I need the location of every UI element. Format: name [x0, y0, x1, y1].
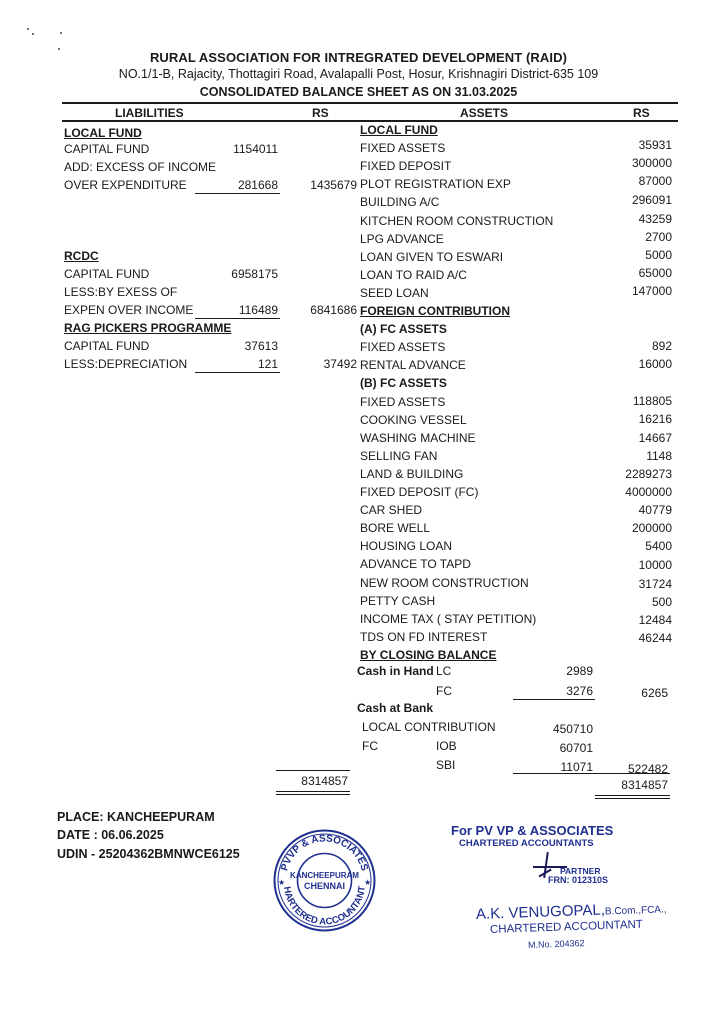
assets-row-amount: 2700: [595, 228, 672, 246]
assets-row-amount: 65000: [595, 264, 672, 282]
sbi-label: SBI: [436, 756, 455, 774]
assets-group-heading: (A) FC ASSETS: [360, 320, 447, 338]
assets-row-amount: 296091: [595, 191, 672, 209]
star-icon: ★: [364, 878, 371, 887]
assets-row-label: HOUSING LOAN: [360, 537, 452, 555]
liabilities-row-total: 6841686: [282, 301, 357, 319]
liabilities-row-label: OVER EXPENDITURE: [64, 176, 187, 194]
organization-name: RURAL ASSOCIATION FOR INTREGRATED DEVELO…: [0, 50, 717, 65]
iob-amount: 60701: [520, 739, 593, 757]
liabilities-row-subamount: 1154011: [195, 140, 278, 158]
assets-row-amount: 12484: [595, 611, 672, 629]
assets-row-label: WASHING MACHINE: [360, 429, 476, 447]
seal-inner-line2: CHENNAI: [304, 881, 345, 891]
liabilities-row-label: CAPITAL FUND: [64, 337, 149, 355]
assets-row-label: SELLING FAN: [360, 447, 437, 465]
subtotal-rule: [513, 699, 595, 700]
assets-row-label: PETTY CASH: [360, 592, 435, 610]
liabilities-row-label: EXPEN OVER INCOME: [64, 301, 193, 319]
assets-row-amount: 31724: [595, 575, 672, 593]
assets-row-label: RENTAL ADVANCE: [360, 356, 466, 374]
assets-row-amount: 1148: [595, 447, 672, 465]
firm-name: For PV VP & ASSOCIATES: [451, 823, 613, 838]
star-icon: ★: [278, 878, 285, 887]
assets-row-amount: 40779: [595, 501, 672, 519]
liabilities-group-heading: RAG PICKERS PROGRAMME: [64, 319, 231, 337]
assets-row-label: LOAN GIVEN TO ESWARI: [360, 248, 503, 266]
assets-group-heading: (B) FC ASSETS: [360, 374, 447, 392]
firm-subtitle: CHARTERED ACCOUNTANTS: [459, 838, 594, 849]
assets-total: 8314857: [595, 776, 668, 794]
assets-row-amount: 16216: [595, 410, 672, 428]
total-double-rule: [595, 795, 670, 796]
liabilities-row-label: CAPITAL FUND: [64, 265, 149, 283]
liabilities-row-subamount: 121: [195, 355, 278, 373]
assets-row-label: FIXED DEPOSIT (FC): [360, 483, 478, 501]
fc-bank-label: FC: [362, 737, 378, 755]
cash-in-hand-fc-label: FC: [436, 682, 452, 700]
cash-in-hand-lc-label: LC: [436, 662, 451, 680]
assets-row-label: BUILDING A/C: [360, 193, 439, 211]
assets-row-label: FIXED ASSETS: [360, 393, 445, 411]
column-header-assets: ASSETS: [460, 106, 508, 120]
cash-in-hand-lc-amount: 2989: [520, 662, 593, 680]
assets-row-label: LAND & BUILDING: [360, 465, 463, 483]
assets-row-amount: 5400: [595, 537, 672, 555]
assets-row-label: KITCHEN ROOM CONSTRUCTION: [360, 212, 553, 230]
liabilities-total: 8314857: [276, 772, 348, 790]
assets-row-label: FIXED ASSETS: [360, 139, 445, 157]
column-header-rs-left: RS: [312, 106, 329, 120]
liabilities-row-label: CAPITAL FUND: [64, 140, 149, 158]
ca-seal-stamp: PVVP & ASSOCIATES CHARTERED ACCOUNTANTS …: [272, 828, 377, 933]
assets-row-amount: 892: [595, 337, 672, 355]
assets-row-amount: 35931: [595, 136, 672, 154]
assets-row-amount: 2289273: [595, 465, 672, 483]
liabilities-row-subamount: 6958175: [195, 265, 278, 283]
assets-row-label: ADVANCE TO TAPD: [360, 555, 471, 573]
total-double-rule: [276, 794, 350, 795]
assets-row-amount: 87000: [595, 172, 672, 190]
assets-row-label: PLOT REGISTRATION EXP: [360, 175, 511, 193]
assets-row-amount: 500: [595, 593, 672, 611]
assets-row-label: FIXED ASSETS: [360, 338, 445, 356]
accountant-qualifications: B.Com.,FCA.,: [605, 904, 667, 917]
assets-row-amount: 14667: [595, 429, 672, 447]
assets-row-amount: 46244: [595, 629, 672, 647]
date: DATE : 06.06.2025: [57, 828, 164, 842]
frn-number: FRN: 012310S: [548, 875, 608, 885]
liabilities-row-total: 37492: [282, 355, 357, 373]
assets-row-label: COOKING VESSEL: [360, 411, 467, 429]
assets-row-amount: 200000: [595, 519, 672, 537]
liabilities-row-label: LESS:DEPRECIATION: [64, 355, 187, 373]
liabilities-row-subamount: 281668: [195, 176, 278, 194]
assets-row-label: FIXED DEPOSIT: [360, 157, 451, 175]
liabilities-row-total: 1435679: [282, 176, 357, 194]
cash-at-bank-label: Cash at Bank: [357, 699, 433, 717]
assets-row-amount: 300000: [595, 154, 672, 172]
assets-row-label: TDS ON FD INTEREST: [360, 628, 487, 646]
assets-row-label: NEW ROOM CONSTRUCTION: [360, 574, 529, 592]
subtotal-rule: [195, 372, 280, 373]
local-contribution-label: LOCAL CONTRIBUTION: [362, 718, 496, 736]
assets-row-amount: 43259: [595, 210, 672, 228]
iob-label: IOB: [436, 737, 457, 755]
organization-address: NO.1/1-B, Rajacity, Thottagiri Road, Ava…: [0, 67, 717, 81]
column-header-rs-right: RS: [633, 106, 650, 120]
scan-mark: [32, 33, 34, 35]
liabilities-row-label: LESS:BY EXESS OF: [64, 283, 177, 301]
liabilities-group-heading: RCDC: [64, 247, 99, 265]
total-top-rule: [276, 770, 350, 771]
udin: UDIN - 25204362BMNWCE6125: [57, 847, 240, 861]
local-contribution-amount: 450710: [520, 720, 593, 738]
seal-inner-line1: KANCHEEPURAM: [290, 871, 359, 880]
assets-row-amount: 5000: [595, 246, 672, 264]
assets-row-label: SEED LOAN: [360, 284, 429, 302]
assets-row-label: BORE WELL: [360, 519, 430, 537]
assets-group-heading: FOREIGN CONTRIBUTION: [360, 302, 510, 320]
liabilities-row-subamount: 37613: [195, 337, 278, 355]
cash-in-hand-label: Cash in Hand: [357, 662, 434, 680]
table-top-rule: [62, 102, 678, 104]
document-title: CONSOLIDATED BALANCE SHEET AS ON 31.03.2…: [0, 85, 717, 99]
total-double-rule: [276, 791, 350, 792]
cash-in-hand-total: 6265: [595, 684, 668, 702]
membership-number: M.No. 204362: [528, 938, 585, 950]
column-header-liabilities: LIABILITIES: [115, 106, 184, 120]
assets-row-label: CAR SHED: [360, 501, 422, 519]
cash-in-hand-fc-amount: 3276: [520, 682, 593, 700]
scan-mark: [27, 28, 29, 30]
liabilities-row-subamount: 116489: [195, 301, 278, 319]
assets-row-label: INCOME TAX ( STAY PETITION): [360, 610, 536, 628]
assets-row-amount: 4000000: [595, 483, 672, 501]
assets-row-amount: 118805: [595, 392, 672, 410]
assets-row-amount: 10000: [595, 556, 672, 574]
total-double-rule: [595, 798, 670, 799]
scan-mark: [60, 32, 62, 34]
liabilities-row-label: ADD: EXCESS OF INCOME: [64, 158, 216, 176]
assets-group-heading: LOCAL FUND: [360, 121, 438, 139]
place: PLACE: KANCHEEPURAM: [57, 810, 215, 824]
subtotal-rule: [195, 193, 280, 194]
assets-row-label: LOAN TO RAID A/C: [360, 266, 467, 284]
seal-icon: PVVP & ASSOCIATES CHARTERED ACCOUNTANTS …: [272, 828, 377, 933]
subtotal-rule: [513, 773, 670, 774]
assets-row-label: LPG ADVANCE: [360, 230, 444, 248]
assets-row-amount: 147000: [595, 282, 672, 300]
assets-row-amount: 16000: [595, 355, 672, 373]
